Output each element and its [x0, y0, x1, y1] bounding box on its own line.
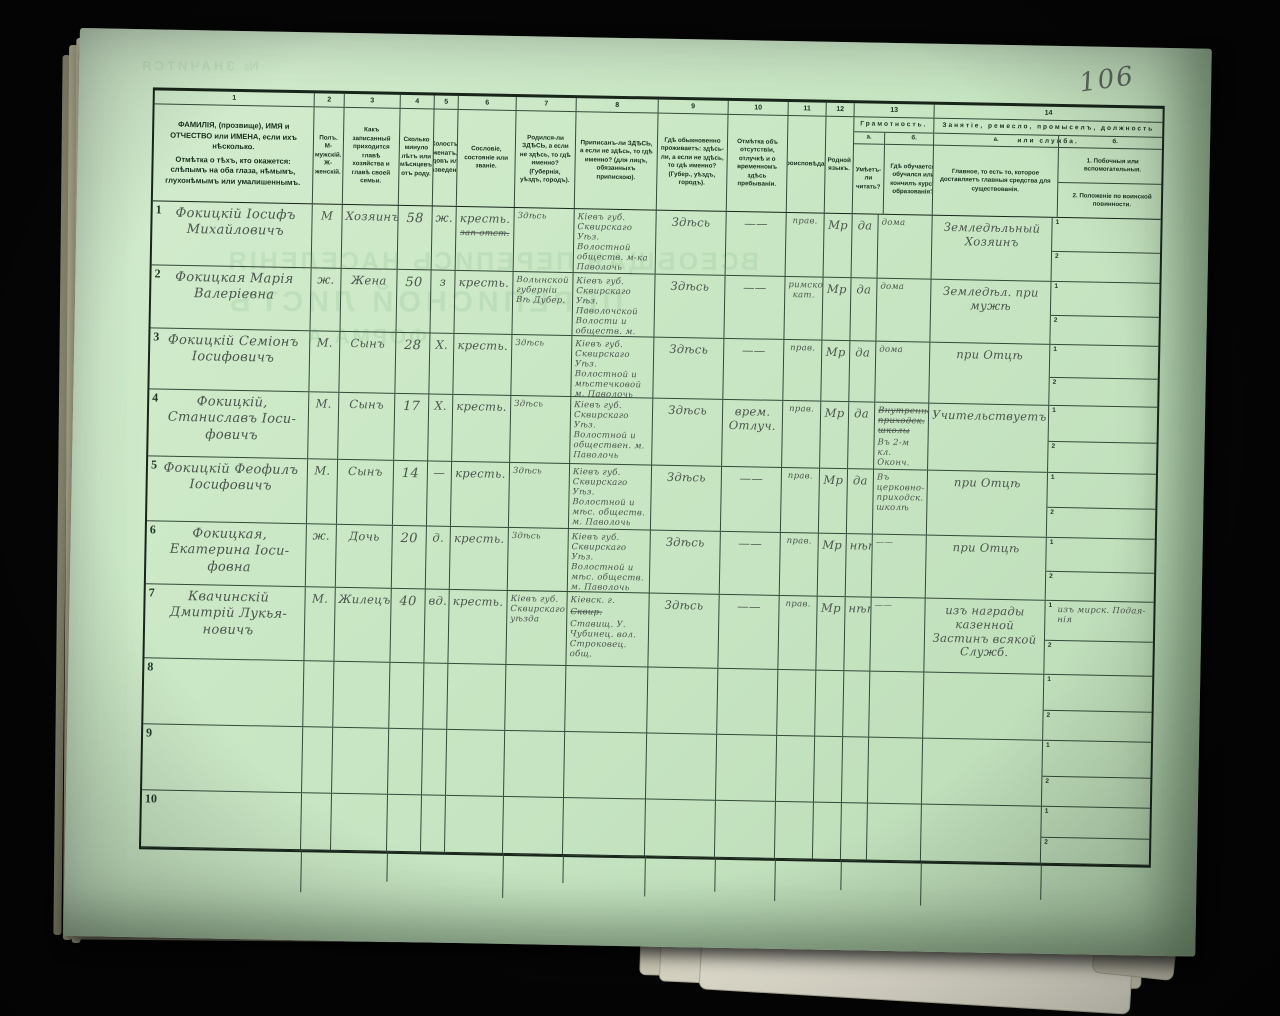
name-text: Фокицкая, Екатерина Іоси­фовна [156, 522, 303, 576]
sub-label-1: 1 [1050, 539, 1054, 546]
col-number: 13 [855, 103, 935, 117]
rule-stub [644, 856, 646, 896]
cell-sex [302, 727, 333, 793]
cell-age: 40 [390, 589, 425, 663]
rule-stub [714, 858, 716, 892]
rule-stub [774, 859, 776, 901]
col-number: 12 [827, 103, 855, 117]
occupation-side-2: 2 [1048, 442, 1157, 474]
occupation-side-1: 1 изъ мирск. Подая­нія [1045, 601, 1154, 643]
cell-birthplace [505, 665, 566, 731]
sub-label-1: 1 [1051, 474, 1055, 481]
cell-name: 4 Фокицкій, Станиславъ Іоси­фовичъ [148, 389, 309, 458]
cell-language: Мр [824, 214, 853, 278]
header-surname-line2: Отмѣтка о тѣхъ, кто окажется: слѣпымъ на… [156, 154, 310, 188]
occupation-b2: 2. Положеніе по воинской повинности. [1058, 183, 1163, 219]
cell-registration [563, 798, 646, 855]
cell-marital [422, 729, 447, 794]
cell-registration: Кіевъ губ. Сквирскаго Уѣз. Волостной и м… [569, 464, 652, 529]
occupation-side-1: 1 [1042, 741, 1151, 779]
header-religion: Вѣроисповѣданіе. [787, 116, 827, 213]
sub-label-1: 1 [1045, 808, 1049, 815]
cell-name: 5 Фокицкій Феофилъ Іосифо­вичъ [147, 456, 308, 523]
header-literacy: Грамотность. а. б. Умѣетъ-ли читать? Гдѣ… [853, 117, 935, 214]
cell-registration: Кіевъ губ. Сквирскаго Уѣз. Волостной и м… [568, 529, 651, 592]
sub-label-2: 2 [1047, 711, 1051, 718]
cell-estate: кресть. [450, 527, 509, 590]
row-number: 5 [151, 457, 157, 472]
row-number: 7 [149, 585, 155, 600]
cell-sex: ж. [310, 268, 341, 331]
cell-name: 8 [143, 658, 304, 726]
col-number: 5 [435, 96, 459, 109]
name-text: Фокицкій Семіонъ Іосифо­вичъ [160, 330, 307, 368]
cell-occupation-side: 1 2 [1052, 218, 1161, 283]
occupation-side-1: 1 [1046, 538, 1155, 574]
cell-relation: Сынъ [338, 393, 395, 460]
cell-language [814, 737, 843, 803]
cell-religion [775, 802, 814, 859]
cell-literate: да [847, 469, 874, 533]
cell-occupation-side: 1 2 [1048, 406, 1157, 474]
cell-absence [717, 669, 778, 735]
cell-age [388, 729, 423, 795]
cell-occupation-side: 1 2 [1046, 538, 1155, 602]
cell-birthplace: Волынской губерніи Вѣ Дубер. [512, 272, 573, 335]
cell-education [867, 804, 922, 861]
cell-education [869, 672, 924, 738]
cell-education: Внутренной приходск. школы Въ 2-м кл. Ок… [874, 403, 929, 470]
cell-education: дома [878, 215, 933, 279]
col-number: 9 [659, 100, 729, 114]
occupation-side-2: 2 [1050, 316, 1158, 346]
cell-birthplace: Здѣсь [510, 396, 571, 463]
name-text [154, 659, 300, 665]
cell-marital: — [427, 461, 452, 525]
cell-literate: нѣтъ [844, 597, 871, 670]
occupation-b-label: б. [1059, 136, 1162, 149]
cell-occupation-main: при Отцѣ [927, 471, 1048, 537]
cell-religion: прав. [781, 468, 820, 533]
cell-religion [777, 670, 816, 736]
cell-sex [303, 661, 334, 727]
occupation-side-1: 1 [1041, 807, 1150, 840]
cell-occupation-side: 1 2 [1047, 473, 1156, 539]
cell-residence: Здѣсь [653, 338, 724, 399]
rule-stub [1040, 864, 1042, 900]
cell-occupation-main [923, 673, 1044, 740]
cell-occupation-main: Учительствуетъ [928, 404, 1049, 472]
cell-relation: Жилецъ [334, 588, 391, 662]
cell-name: 9 [142, 724, 303, 792]
cell-absence [716, 735, 777, 801]
cell-birthplace: Здѣсь [508, 528, 569, 591]
cell-marital: Х. [428, 394, 453, 460]
cell-name: 3 Фокицкій Семіонъ Іосифо­вичъ [149, 328, 310, 391]
name-text: Квачинскій Дмитрій Лукья­новичъ [155, 585, 302, 639]
row-number: 2 [154, 266, 160, 281]
sub-label-2: 2 [1050, 509, 1054, 516]
cell-relation: Сынъ [339, 332, 396, 393]
cell-absence [715, 801, 776, 858]
header-surname: ФАМИЛІЯ, (прозвище), ИМЯ и ОТЧЕСТВО или … [153, 104, 315, 203]
cell-occupation-side: 1 2 [1043, 675, 1152, 742]
sub-label-1: 1 [1056, 219, 1060, 226]
cell-absence: —— [724, 276, 785, 339]
cell-religion: прав. [780, 533, 819, 596]
row-number: 10 [145, 791, 157, 806]
row-number: 9 [146, 725, 152, 740]
cell-occupation-main: изъ награды казенной Застинъ всякой Служ… [924, 599, 1045, 674]
occupation-side-2: 2 [1041, 837, 1149, 864]
occupation-side-1: 1 [1050, 345, 1159, 380]
cell-language: Мр [820, 402, 849, 469]
cell-absence: —— [726, 212, 787, 276]
cell-registration: Кіевск. г. Сквир. Ставищ. У. Чубинец. во… [566, 592, 649, 666]
cell-registration [564, 732, 647, 798]
cell-estate: кресть. [448, 590, 507, 664]
cell-age: 28 [395, 333, 430, 394]
name-text: Фокицкій Феофилъ Іосифо­вичъ [157, 458, 304, 496]
cell-registration [565, 666, 648, 732]
sub-label-1: 1 [1049, 602, 1053, 609]
literacy-a-desc: Умѣетъ-ли читать? [853, 144, 885, 214]
cell-name: 6 Фокицкая, Екатерина Іоси­фовна [146, 521, 307, 586]
table-body: 1 Фокицкій Іосифъ Михайловичъ М Хозяинъ … [141, 201, 1161, 865]
cell-occupation-main: при Отцѣ [929, 343, 1050, 405]
cell-language: Мр [822, 278, 851, 341]
occupation-side-2: 2 [1052, 252, 1161, 283]
cell-occupation-main [921, 805, 1042, 863]
literacy-title: Грамотность. [854, 117, 933, 133]
cell-birthplace [504, 731, 565, 797]
cell-marital: вд. [424, 589, 449, 662]
sub-label-1: 1 [1052, 407, 1056, 414]
occupation-side-2: 2 [1049, 378, 1157, 407]
cell-age: 58 [398, 206, 433, 270]
cell-estate [447, 664, 506, 730]
cell-absence: —— [720, 532, 781, 595]
cell-name: 1 Фокицкій Іосифъ Михайловичъ [152, 201, 313, 267]
cell-occupation-side: 1 2 [1041, 807, 1150, 865]
cell-marital: ж. [432, 206, 457, 269]
cell-birthplace: Здѣсь [511, 335, 572, 396]
cell-education: дома [876, 279, 931, 342]
cell-relation [331, 794, 388, 851]
cell-estate: кресть. [452, 395, 511, 462]
sub-label-1: 1 [1053, 346, 1057, 353]
cell-residence: Здѣсь [656, 211, 727, 275]
name-text: Фокицкій Іосифъ Михайловичъ [162, 203, 309, 241]
cell-education: —— [872, 535, 927, 598]
cell-residence: Здѣсь [651, 466, 722, 531]
cell-age [389, 663, 424, 729]
sub-label-2: 2 [1051, 443, 1055, 450]
cell-estate: кресть. [451, 462, 510, 527]
sub-label-2: 2 [1053, 379, 1057, 386]
sub-label-2: 2 [1049, 573, 1053, 580]
cell-relation: Дочь [336, 525, 393, 588]
cell-birthplace: Кіевъ губ. Сквирскаго уѣзда [506, 591, 567, 665]
header-birthplace: Родился-ли ЗДѢСЬ, а если не здѣсь, то гд… [515, 111, 577, 208]
col-number: 3 [345, 94, 401, 108]
rule-stub [562, 855, 564, 883]
cell-marital [421, 795, 446, 851]
occupation-a-label: а. [934, 134, 1059, 147]
cell-literate: да [850, 278, 877, 340]
literacy-b-label: б. [885, 133, 934, 145]
cell-education: —— [870, 598, 925, 672]
header-language: Родной языкъ. [825, 117, 855, 213]
cell-absence: —— [721, 467, 782, 532]
col-number: 11 [789, 102, 827, 116]
cell-residence [645, 800, 716, 857]
occupation-side-1: 1 [1052, 218, 1161, 254]
cell-birthplace: Здѣсь [514, 208, 575, 272]
cell-registration: Кіевъ губ. Сквирскаго Уѣз. Волостной и о… [570, 397, 653, 464]
cell-estate: кресть. [454, 271, 513, 334]
header-residence: Гдѣ обыкновенно проживаетъ: здѣсь-ли, а … [657, 114, 729, 211]
cell-sex: М [312, 204, 343, 268]
header-row: ФАМИЛІЯ, (прозвище), ИМЯ и ОТЧЕСТВО или … [153, 104, 1163, 219]
name-text [153, 725, 299, 731]
header-age: Сколько минуло лѣтъ или мѣсяцевъ отъ род… [399, 109, 435, 206]
pencil-page-number: 106 [1077, 61, 1136, 98]
cell-name: 2 Фокицкая Марія Валеріевна [151, 265, 312, 330]
header-estate: Сословіе, состояніе или званіе. [457, 110, 517, 207]
header-registration: Приписанъ-ли ЗДѢСЬ, а если не здѣсь, то … [575, 112, 659, 209]
header-sex: Полъ. М-мужскій. Ж-женскій. [313, 107, 345, 204]
cell-absence: —— [723, 339, 784, 400]
cell-literate: нѣтъ [846, 534, 873, 596]
header-absence: Отмѣтка объ отсутствіи, отлучкѣ и о врем… [727, 115, 789, 212]
col-number: 2 [315, 93, 345, 107]
col-number: 4 [401, 95, 435, 109]
cell-sex: М. [308, 392, 339, 459]
cell-residence: Здѣсь [650, 531, 721, 594]
cell-religion: римско-кат. [784, 277, 823, 340]
cell-age [387, 795, 422, 852]
cell-occupation-main: Земледѣльный Хозяинъ [932, 216, 1053, 281]
sub-label-1: 1 [1054, 283, 1058, 290]
census-table: 1 2 3 4 5 6 7 8 9 10 11 12 13 14 ФАМИЛІЯ… [139, 87, 1165, 867]
rule-stub [840, 860, 842, 890]
cell-sex: М. [307, 459, 338, 524]
cell-education [868, 738, 923, 804]
cell-marital: Х. [429, 333, 454, 393]
cell-language [813, 803, 842, 860]
cell-age: 50 [396, 270, 431, 333]
cell-name: 7 Квачинскій Дмитрій Лукья­новичъ [144, 584, 305, 660]
header-surname-line1: ФАМИЛІЯ, (прозвище), ИМЯ и ОТЧЕСТВО или … [157, 120, 311, 154]
cell-name: 10 [141, 790, 302, 849]
bleedthrough-text: № ЗНАЧИТСЯ [139, 58, 258, 73]
occupation-b1: 1. Побочныя или вспомогательныя. [1058, 148, 1162, 185]
cell-education: Въ церковно- приходск. школѣ [873, 470, 928, 535]
cell-language: Мр [821, 341, 850, 402]
cell-literate [843, 671, 870, 736]
sub-label-2: 2 [1044, 838, 1048, 845]
cell-occupation-side: 1 2 [1042, 741, 1151, 808]
cell-sex: М. [304, 587, 335, 661]
cell-estate [445, 796, 504, 853]
sub-label-1: 1 [1046, 742, 1050, 749]
cell-language: Мр [819, 469, 848, 534]
occupation-side-2: 2 [1042, 776, 1151, 807]
occupation-b-desc: 1. Побочныя или вспомогательныя. 2. Поло… [1058, 148, 1163, 219]
census-page: № ЗНАЧИТСЯ ВСЕОБЩАЯ ПЕРЕПИСЬ НАСЕЛЕНІЯ П… [63, 28, 1211, 957]
cell-age: 17 [394, 394, 429, 461]
cell-relation: Жена [340, 269, 397, 332]
cell-language: Мр [816, 597, 845, 671]
cell-literate: да [848, 402, 875, 468]
cell-religion: прав. [783, 340, 822, 401]
cell-sex [301, 793, 332, 850]
cell-occupation-side: 1 2 [1049, 345, 1158, 407]
header-marital: Холостъ, женатъ, вдовъ или разведенъ. [433, 110, 459, 206]
cell-absence: врем. Отлуч. [722, 400, 783, 467]
cell-birthplace [503, 797, 564, 854]
occupation-side-2: 2 [1046, 572, 1154, 602]
col-number: 6 [459, 96, 517, 110]
cell-residence [646, 734, 717, 800]
occupation-side-2: 2 [1043, 710, 1152, 741]
cell-age: 20 [392, 526, 427, 589]
cell-religion: прав. [782, 401, 821, 468]
name-text: Фокицкая Марія Валеріевна [161, 267, 308, 305]
cell-language: Мр [818, 534, 847, 597]
cell-registration: Кіевъ губ. Сквирскаго Уѣз. Паволочской В… [572, 273, 655, 336]
cell-relation [333, 662, 390, 728]
row-number: 8 [147, 659, 153, 674]
cell-education: дома [875, 342, 930, 403]
rule-stub [920, 862, 922, 906]
col-number: 8 [577, 98, 659, 113]
cell-estate: кресть. [453, 334, 512, 395]
photo-background: № ЗНАЧИТСЯ ВСЕОБЩАЯ ПЕРЕПИСЬ НАСЕЛЕНІЯ П… [0, 0, 1280, 1016]
cell-estate [446, 730, 505, 796]
sub-label-2: 2 [1055, 253, 1059, 260]
cell-age: 14 [393, 461, 428, 526]
cell-relation [332, 728, 389, 794]
cell-occupation-side: 1 2 [1050, 282, 1159, 346]
cell-literate [842, 737, 869, 802]
cell-estate: кресть. зап-отст. [456, 207, 515, 271]
rule-stub [502, 854, 504, 898]
cell-religion: прав. [778, 596, 817, 670]
cell-language [815, 671, 844, 737]
row-number: 3 [153, 329, 159, 344]
cell-relation: Сынъ [337, 460, 394, 525]
row-number: 4 [152, 390, 158, 405]
cell-residence: Здѣсь [652, 399, 723, 466]
cell-literate: да [849, 341, 876, 401]
name-text [152, 791, 298, 797]
cell-birthplace: Здѣсь [509, 463, 570, 528]
header-occupation: Занятіе, ремесло, промыселъ, должность и… [933, 119, 1163, 219]
cell-occupation-main: при Отцѣ [926, 536, 1047, 600]
cell-residence [647, 668, 718, 734]
sub-label-2: 2 [1045, 777, 1049, 784]
cell-marital: з [430, 270, 455, 332]
occupation-side-2: 2 [1044, 641, 1153, 676]
cell-occupation-main [922, 739, 1043, 806]
cell-occupation-main: Земледѣл. при мужѣ [930, 280, 1051, 344]
occupation-side-1: 1 [1047, 473, 1156, 510]
rule-stub [386, 852, 388, 882]
cell-marital [423, 663, 448, 728]
occupation-side-1: 1 [1049, 406, 1158, 444]
cell-sex: М. [309, 331, 340, 392]
row-number: 1 [156, 202, 162, 217]
cell-sex: ж. [306, 524, 337, 587]
cell-absence: —— [718, 595, 779, 669]
occupation-side-1: 1 [1044, 675, 1153, 713]
row-number: 6 [150, 522, 156, 537]
sub-label-1: 1 [1047, 676, 1051, 683]
cell-registration: Кіевъ губ. Сквирскаго Уѣз. Волостной общ… [574, 209, 657, 273]
header-relation: Какъ записанный приходится главѣ хозяйст… [343, 108, 401, 205]
literacy-b-desc: Гдѣ обучается, обучался или кончилъ курс… [884, 145, 935, 215]
occupation-side-2: 2 [1047, 508, 1156, 539]
cell-residence: Здѣсь [648, 594, 719, 668]
col-number: 10 [729, 101, 789, 115]
name-text: Фокицкій, Станиславъ Іоси­фовичъ [158, 391, 305, 445]
literacy-a-label: а. [854, 132, 885, 144]
cell-registration: Кіевъ губ. Сквирскаго Уѣз. Волостной и м… [571, 336, 654, 397]
cell-religion: прав. [786, 213, 825, 277]
rule-stub [300, 850, 302, 892]
sub-label-2: 2 [1048, 642, 1052, 649]
cell-residence: Здѣсь [654, 275, 725, 338]
cell-religion [776, 736, 815, 802]
cell-occupation-side: 1 изъ мирск. Подая­нія 2 [1044, 601, 1153, 676]
cell-marital: д. [426, 526, 451, 588]
cell-relation: Хозяинъ [342, 205, 399, 269]
cell-literate [841, 803, 868, 859]
col-number: 7 [517, 97, 577, 111]
sub-label-2: 2 [1054, 317, 1058, 324]
occupation-side-1: 1 [1051, 282, 1160, 318]
occupation-a-desc: Главное, то есть то, которое доставляетъ… [933, 146, 1059, 217]
cell-literate: да [852, 214, 879, 277]
